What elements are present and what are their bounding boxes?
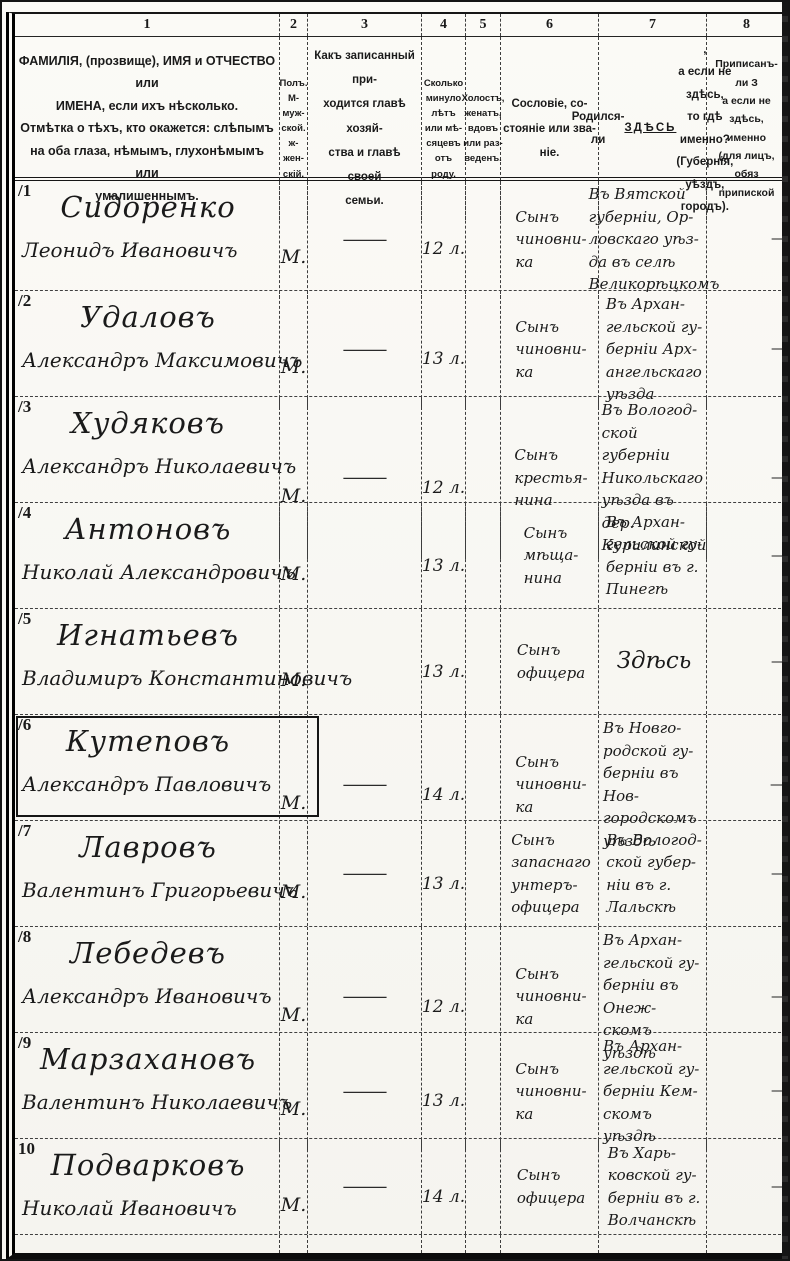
birthplace-cell: Въ Архан- гельской гу- берніи въ г. Пине… bbox=[599, 503, 707, 608]
column-number: 1 bbox=[15, 14, 280, 36]
age-value: 13 л. bbox=[422, 349, 465, 369]
relation-cell: — bbox=[308, 291, 422, 408]
row-number: /6 bbox=[18, 715, 31, 735]
sex-cell: М. bbox=[280, 503, 308, 608]
sex-value: М. bbox=[281, 792, 307, 814]
relation-cell: — bbox=[308, 181, 422, 298]
sex-cell: М. bbox=[280, 821, 308, 926]
surname-handwriting: Лебедевъ bbox=[21, 936, 275, 970]
age-value: 13 л. bbox=[422, 874, 465, 894]
sex-value: М. bbox=[281, 1004, 307, 1026]
census-table: 12345678 ФАМИЛІЯ, (прозвище), ИМЯ и ОТЧЕ… bbox=[6, 12, 786, 1259]
age-cell: 13 л. bbox=[422, 1033, 466, 1150]
registered-cell: — bbox=[707, 821, 786, 926]
table-row: /4АнтоновъНиколай АлександровичъМ.13 л.С… bbox=[15, 503, 786, 609]
dash-mark: — bbox=[343, 467, 386, 488]
name-cell: /7ЛавровъВалентинъ Григорьевичъ bbox=[15, 821, 280, 926]
surname-handwriting: Антоновъ bbox=[21, 512, 275, 546]
row-number: /3 bbox=[18, 397, 31, 417]
registered-cell: — bbox=[707, 291, 786, 408]
column-number: 6 bbox=[501, 14, 599, 36]
name-cell: /5ИгнатьевъВладимиръ Константиновичъ bbox=[15, 609, 280, 714]
name-cell: /1СидоренкоЛеонидъ Ивановичъ bbox=[15, 181, 280, 298]
name-cell: /2УдаловъАлександръ Максимовичъ bbox=[15, 291, 280, 408]
estate-cell: Сынъ офицера bbox=[501, 609, 599, 714]
registered-cell: — bbox=[707, 609, 786, 714]
table-row: /5ИгнатьевъВладимиръ КонстантиновичъМ.13… bbox=[15, 609, 786, 715]
given-name-handwriting: Валентинъ Григорьевичъ bbox=[22, 878, 275, 902]
given-name-handwriting: Александръ Павловичъ bbox=[22, 772, 275, 796]
relation-cell: — bbox=[308, 821, 422, 926]
registered-cell: — bbox=[707, 503, 786, 608]
given-name-handwriting: Александръ Максимовичъ bbox=[22, 348, 275, 372]
birthplace-cell: Въ Вологод- ской губер- ніи въ г. Лальск… bbox=[599, 821, 707, 926]
scanned-census-page: 12345678 ФАМИЛІЯ, (прозвище), ИМЯ и ОТЧЕ… bbox=[0, 0, 790, 1261]
surname-handwriting: Лавровъ bbox=[21, 830, 275, 864]
dash-mark: — bbox=[343, 339, 386, 360]
age-value: 13 л. bbox=[422, 1091, 465, 1111]
age-value: 12 л. bbox=[422, 478, 465, 498]
column-number: 5 bbox=[466, 14, 501, 36]
column-number: 3 bbox=[308, 14, 422, 36]
marital-cell bbox=[466, 291, 501, 408]
column-number: 7 bbox=[599, 14, 707, 36]
estate-cell: Сынъ чиновни- ка bbox=[501, 181, 599, 298]
sex-value: М. bbox=[281, 1098, 307, 1120]
column-number: 2 bbox=[280, 14, 308, 36]
scan-edge-shadow bbox=[782, 2, 788, 1259]
birthplace-cell: Здѣсь bbox=[599, 609, 707, 714]
age-cell: 13 л. bbox=[422, 609, 466, 714]
age-cell: 14 л. bbox=[422, 1139, 466, 1234]
table-row: 10ПодварковъНиколай ИвановичъМ.—14 л.Сын… bbox=[15, 1139, 786, 1235]
dash-mark: — bbox=[343, 863, 386, 884]
column-number: 4 bbox=[422, 14, 466, 36]
sex-cell: М. bbox=[280, 1139, 308, 1234]
dash-mark: — bbox=[343, 229, 386, 250]
row-number: /1 bbox=[18, 181, 31, 201]
name-cell: /9МарзахановъВалентинъ Николаевичъ bbox=[15, 1033, 280, 1150]
surname-handwriting: Подварковъ bbox=[21, 1148, 275, 1182]
sex-cell: М. bbox=[280, 291, 308, 408]
dash-mark: — bbox=[343, 774, 386, 795]
given-name-handwriting: Александръ Николаевичъ bbox=[22, 454, 275, 478]
sex-value: М. bbox=[281, 1194, 307, 1216]
marital-cell bbox=[466, 1139, 501, 1234]
table-row: /8ЛебедевъАлександръ ИвановичъМ.—12 л.Сы… bbox=[15, 927, 786, 1033]
birthplace-cell: Въ Вятской губерніи, Ор- ловскаго уѣз- д… bbox=[599, 181, 707, 298]
marital-cell bbox=[466, 609, 501, 714]
row-number: 10 bbox=[18, 1139, 35, 1159]
surname-handwriting: Кутеповъ bbox=[21, 724, 275, 758]
given-name-handwriting: Александръ Ивановичъ bbox=[22, 984, 275, 1008]
birthplace-cell: Въ Архан- гельской гу- берніи Кем- скомъ… bbox=[599, 1033, 707, 1150]
surname-handwriting: Марзахановъ bbox=[21, 1042, 275, 1076]
given-name-handwriting: Владимиръ Константиновичъ bbox=[22, 666, 275, 690]
dash-mark: — bbox=[343, 986, 386, 1007]
name-cell: /4АнтоновъНиколай Александровичъ bbox=[15, 503, 280, 608]
surname-handwriting: Сидоренко bbox=[21, 190, 275, 224]
row-number: /7 bbox=[18, 821, 31, 841]
table-row: /7ЛавровъВалентинъ ГригорьевичъМ.—13 л.С… bbox=[15, 821, 786, 927]
age-value: 13 л. bbox=[422, 556, 465, 576]
age-cell: 13 л. bbox=[422, 503, 466, 608]
row-number: /4 bbox=[18, 503, 31, 523]
sex-cell: М. bbox=[280, 181, 308, 298]
sex-value: М. bbox=[281, 881, 307, 903]
marital-cell bbox=[466, 181, 501, 298]
marital-cell bbox=[466, 821, 501, 926]
marital-cell bbox=[466, 1033, 501, 1150]
sex-value: М. bbox=[281, 563, 307, 585]
dash-mark: — bbox=[343, 1081, 386, 1102]
surname-handwriting: Игнатьевъ bbox=[21, 618, 275, 652]
table-row: /6КутеповъАлександръ ПавловичъМ.—14 л.Сы… bbox=[15, 715, 786, 821]
table-body: /1СидоренкоЛеонидъ ИвановичъМ.—12 л.Сынъ… bbox=[15, 181, 786, 1235]
column-numbers-row: 12345678 bbox=[15, 14, 786, 37]
birthplace-cell: Въ Архан- гельской гу- берніи Арх- ангел… bbox=[599, 291, 707, 408]
relation-cell: — bbox=[308, 1033, 422, 1150]
surname-handwriting: Удаловъ bbox=[21, 300, 275, 334]
row-number: /8 bbox=[18, 927, 31, 947]
age-value: 12 л. bbox=[422, 239, 465, 259]
relation-cell: — bbox=[308, 1139, 422, 1234]
column-headers-row: ФАМИЛІЯ, (прозвище), ИМЯ и ОТЧЕСТВО или … bbox=[15, 37, 786, 181]
marital-cell bbox=[466, 503, 501, 608]
surname-handwriting: Худяковъ bbox=[21, 406, 275, 440]
name-cell: 10ПодварковъНиколай Ивановичъ bbox=[15, 1139, 280, 1234]
row-number: /2 bbox=[18, 291, 31, 311]
relation-cell bbox=[308, 609, 422, 714]
given-name-handwriting: Николай Александровичъ bbox=[22, 560, 275, 584]
sex-cell: М. bbox=[280, 1033, 308, 1150]
age-value: 13 л. bbox=[422, 662, 465, 682]
given-name-handwriting: Николай Ивановичъ bbox=[22, 1196, 275, 1220]
estate-cell: Сынъ чиновни- ка bbox=[501, 1033, 599, 1150]
empty-partial-row bbox=[15, 1235, 786, 1253]
relation-cell bbox=[308, 503, 422, 608]
table-row: /1СидоренкоЛеонидъ ИвановичъМ.—12 л.Сынъ… bbox=[15, 181, 786, 291]
dash-mark: — bbox=[343, 1176, 386, 1197]
table-row: /9МарзахановъВалентинъ НиколаевичъМ.—13 … bbox=[15, 1033, 786, 1139]
sex-value: М. bbox=[281, 246, 307, 268]
registered-cell: — bbox=[707, 181, 786, 298]
table-row: /3ХудяковъАлександръ НиколаевичъМ.—12 л.… bbox=[15, 397, 786, 503]
estate-cell: Сынъ мѣща- нина bbox=[501, 503, 599, 608]
estate-cell: Сынъ запаснаго унтеръ- офицера bbox=[501, 821, 599, 926]
underlined-word: ЗДѢСЬ bbox=[624, 117, 676, 139]
table-row: /2УдаловъАлександръ МаксимовичъМ.—13 л.С… bbox=[15, 291, 786, 397]
column-number: 8 bbox=[707, 14, 786, 36]
given-name-handwriting: Валентинъ Николаевичъ bbox=[22, 1090, 275, 1114]
given-name-handwriting: Леонидъ Ивановичъ bbox=[22, 238, 275, 262]
sex-cell: М. bbox=[280, 609, 308, 714]
registered-cell: — bbox=[707, 1139, 786, 1234]
age-value: 14 л. bbox=[422, 1187, 465, 1207]
birthplace-cell: Въ Харь- ковской гу- берніи въ г. Волчан… bbox=[599, 1139, 707, 1234]
age-cell: 13 л. bbox=[422, 821, 466, 926]
age-cell: 12 л. bbox=[422, 181, 466, 298]
estate-cell: Сынъ чиновни- ка bbox=[501, 291, 599, 408]
row-number: /9 bbox=[18, 1033, 31, 1053]
age-cell: 13 л. bbox=[422, 291, 466, 408]
registered-cell: — bbox=[707, 1033, 786, 1150]
estate-cell: Сынъ офицера bbox=[501, 1139, 599, 1234]
age-value: 14 л. bbox=[422, 785, 465, 805]
age-value: 12 л. bbox=[422, 997, 465, 1017]
sex-value: М. bbox=[281, 669, 307, 691]
sex-value: М. bbox=[281, 356, 307, 378]
row-number: /5 bbox=[18, 609, 31, 629]
